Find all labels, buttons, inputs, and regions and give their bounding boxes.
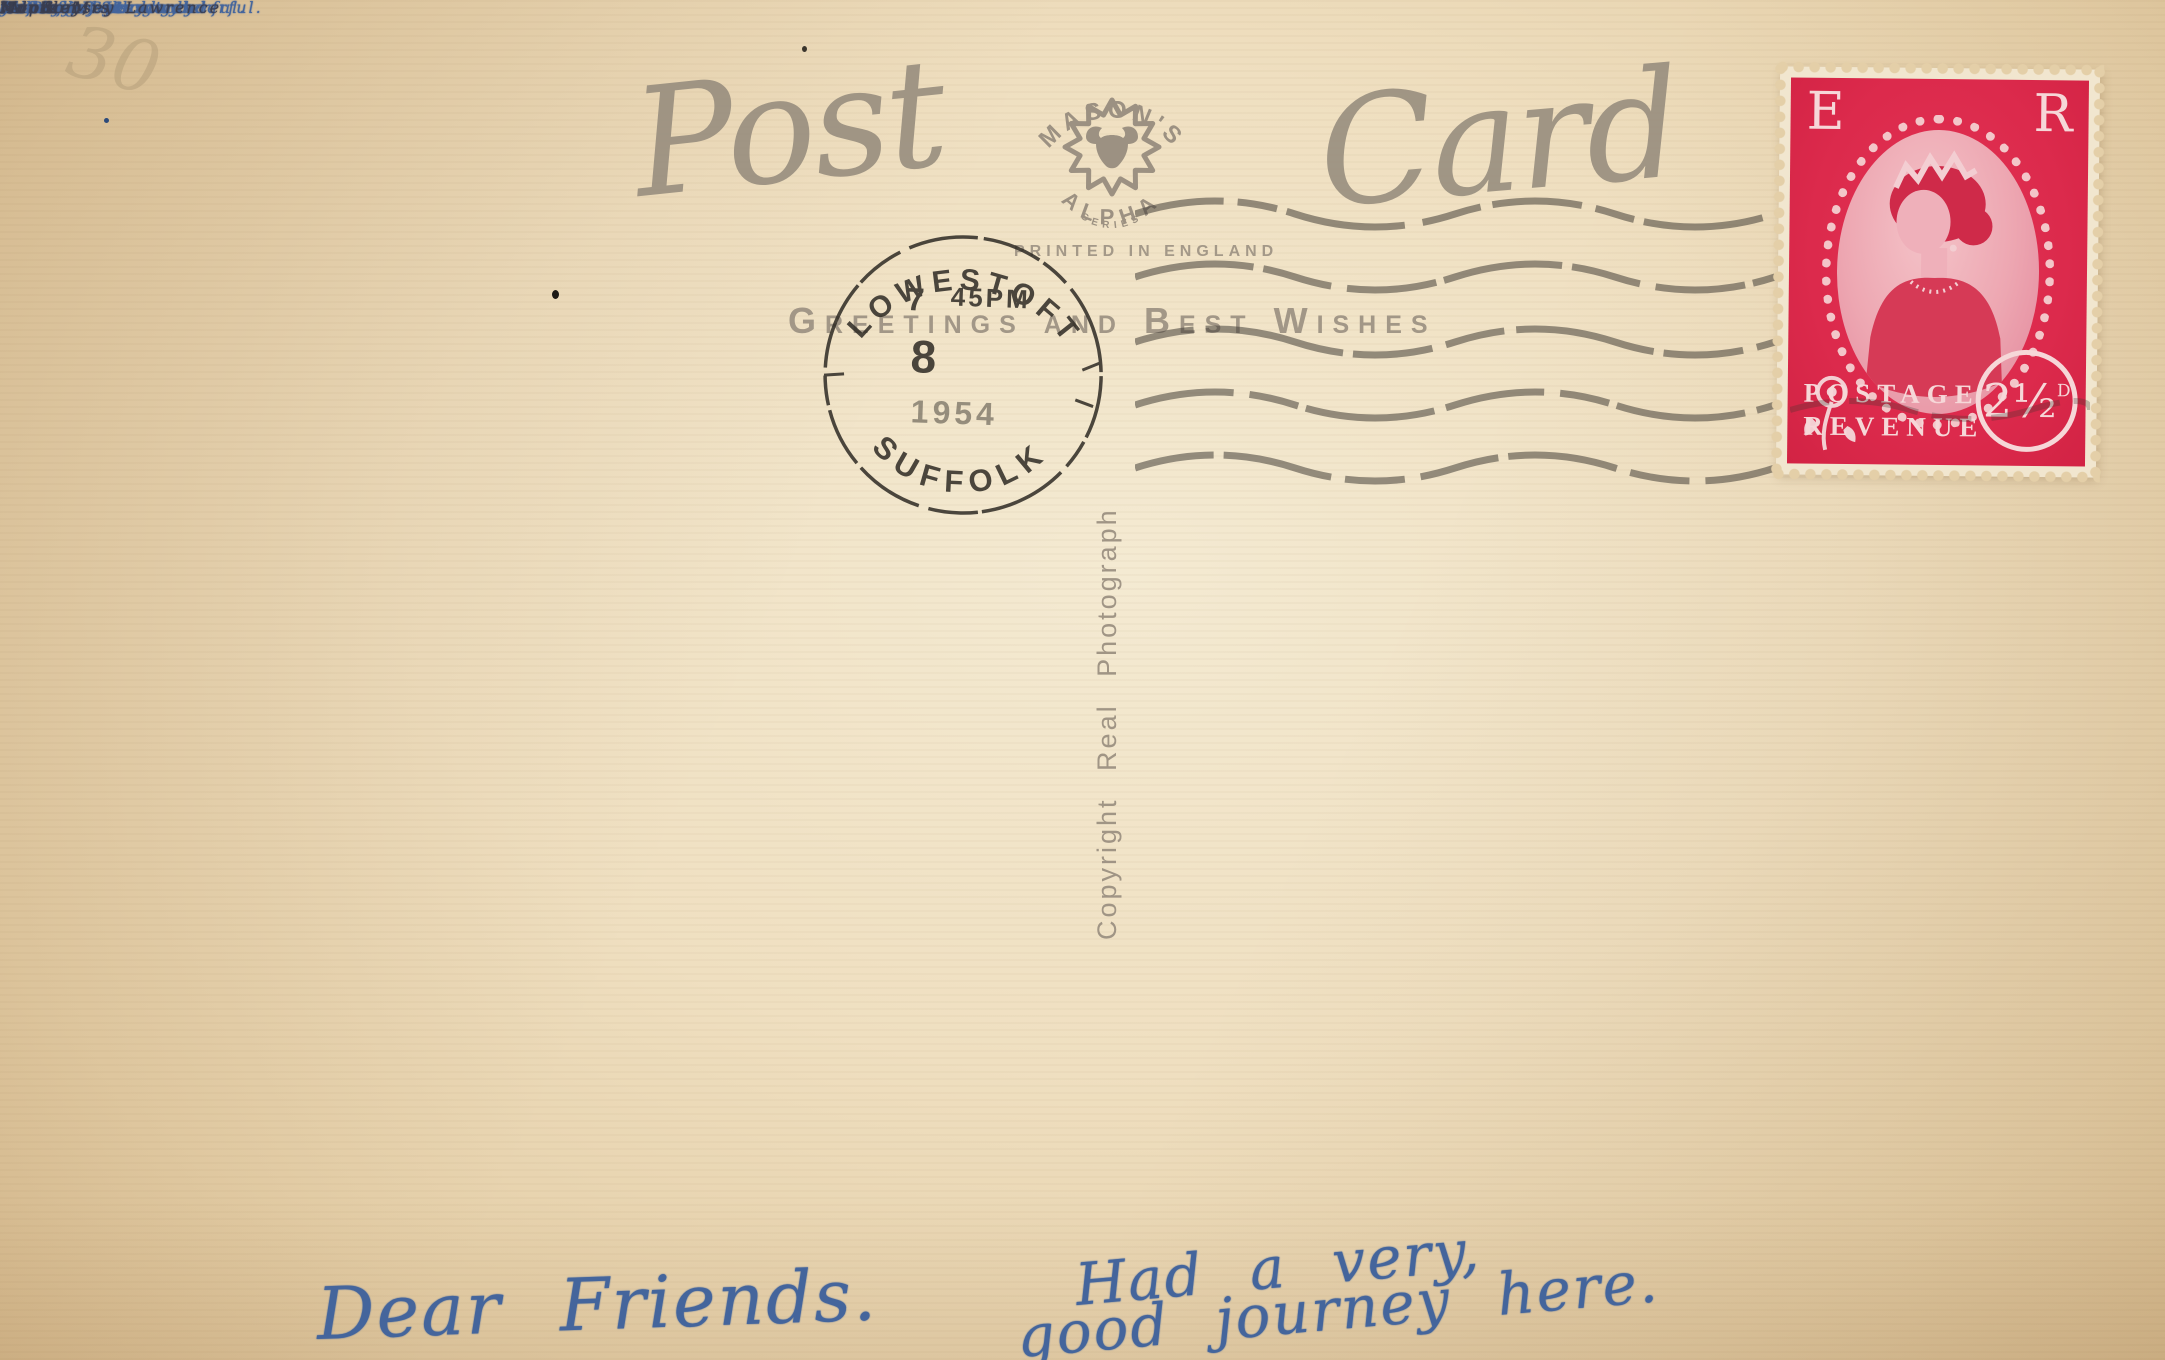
- bull-head-icon: [1086, 126, 1138, 168]
- postmark-day: 8: [910, 330, 937, 383]
- stamp-cancel-smear: [1790, 380, 2090, 440]
- svg-text:SUFFOLK: SUFFOLK: [864, 428, 1056, 503]
- stamp-cipher-r: R: [2033, 88, 2073, 140]
- stamp-perforation: [1776, 60, 2104, 76]
- copyright-divider-text: Copyright Real Photograph: [1092, 507, 1123, 940]
- ink-speck: [104, 118, 109, 123]
- stamp-perforation: [2089, 66, 2106, 482]
- postmark-county: SUFFOLK: [864, 428, 1056, 503]
- pencil-price-note: 30: [59, 8, 168, 112]
- postmark-hour: 7: [906, 281, 925, 318]
- postmark-year: 1954: [910, 393, 998, 432]
- post-title-left: Post: [626, 38, 950, 220]
- stamp-perforation: [1772, 467, 2100, 483]
- postmark-lowestoft: LOWESTOFT SUFFOLK 7 45PM 8 1954: [803, 223, 1123, 534]
- cancellation-wavy-lines: [1135, 192, 1800, 492]
- ink-speck: [552, 290, 559, 299]
- address-county: Hants: [0, 0, 58, 16]
- postmark-minutes: 45PM: [950, 282, 1031, 315]
- message-line: Dear Friends.: [315, 1258, 878, 1350]
